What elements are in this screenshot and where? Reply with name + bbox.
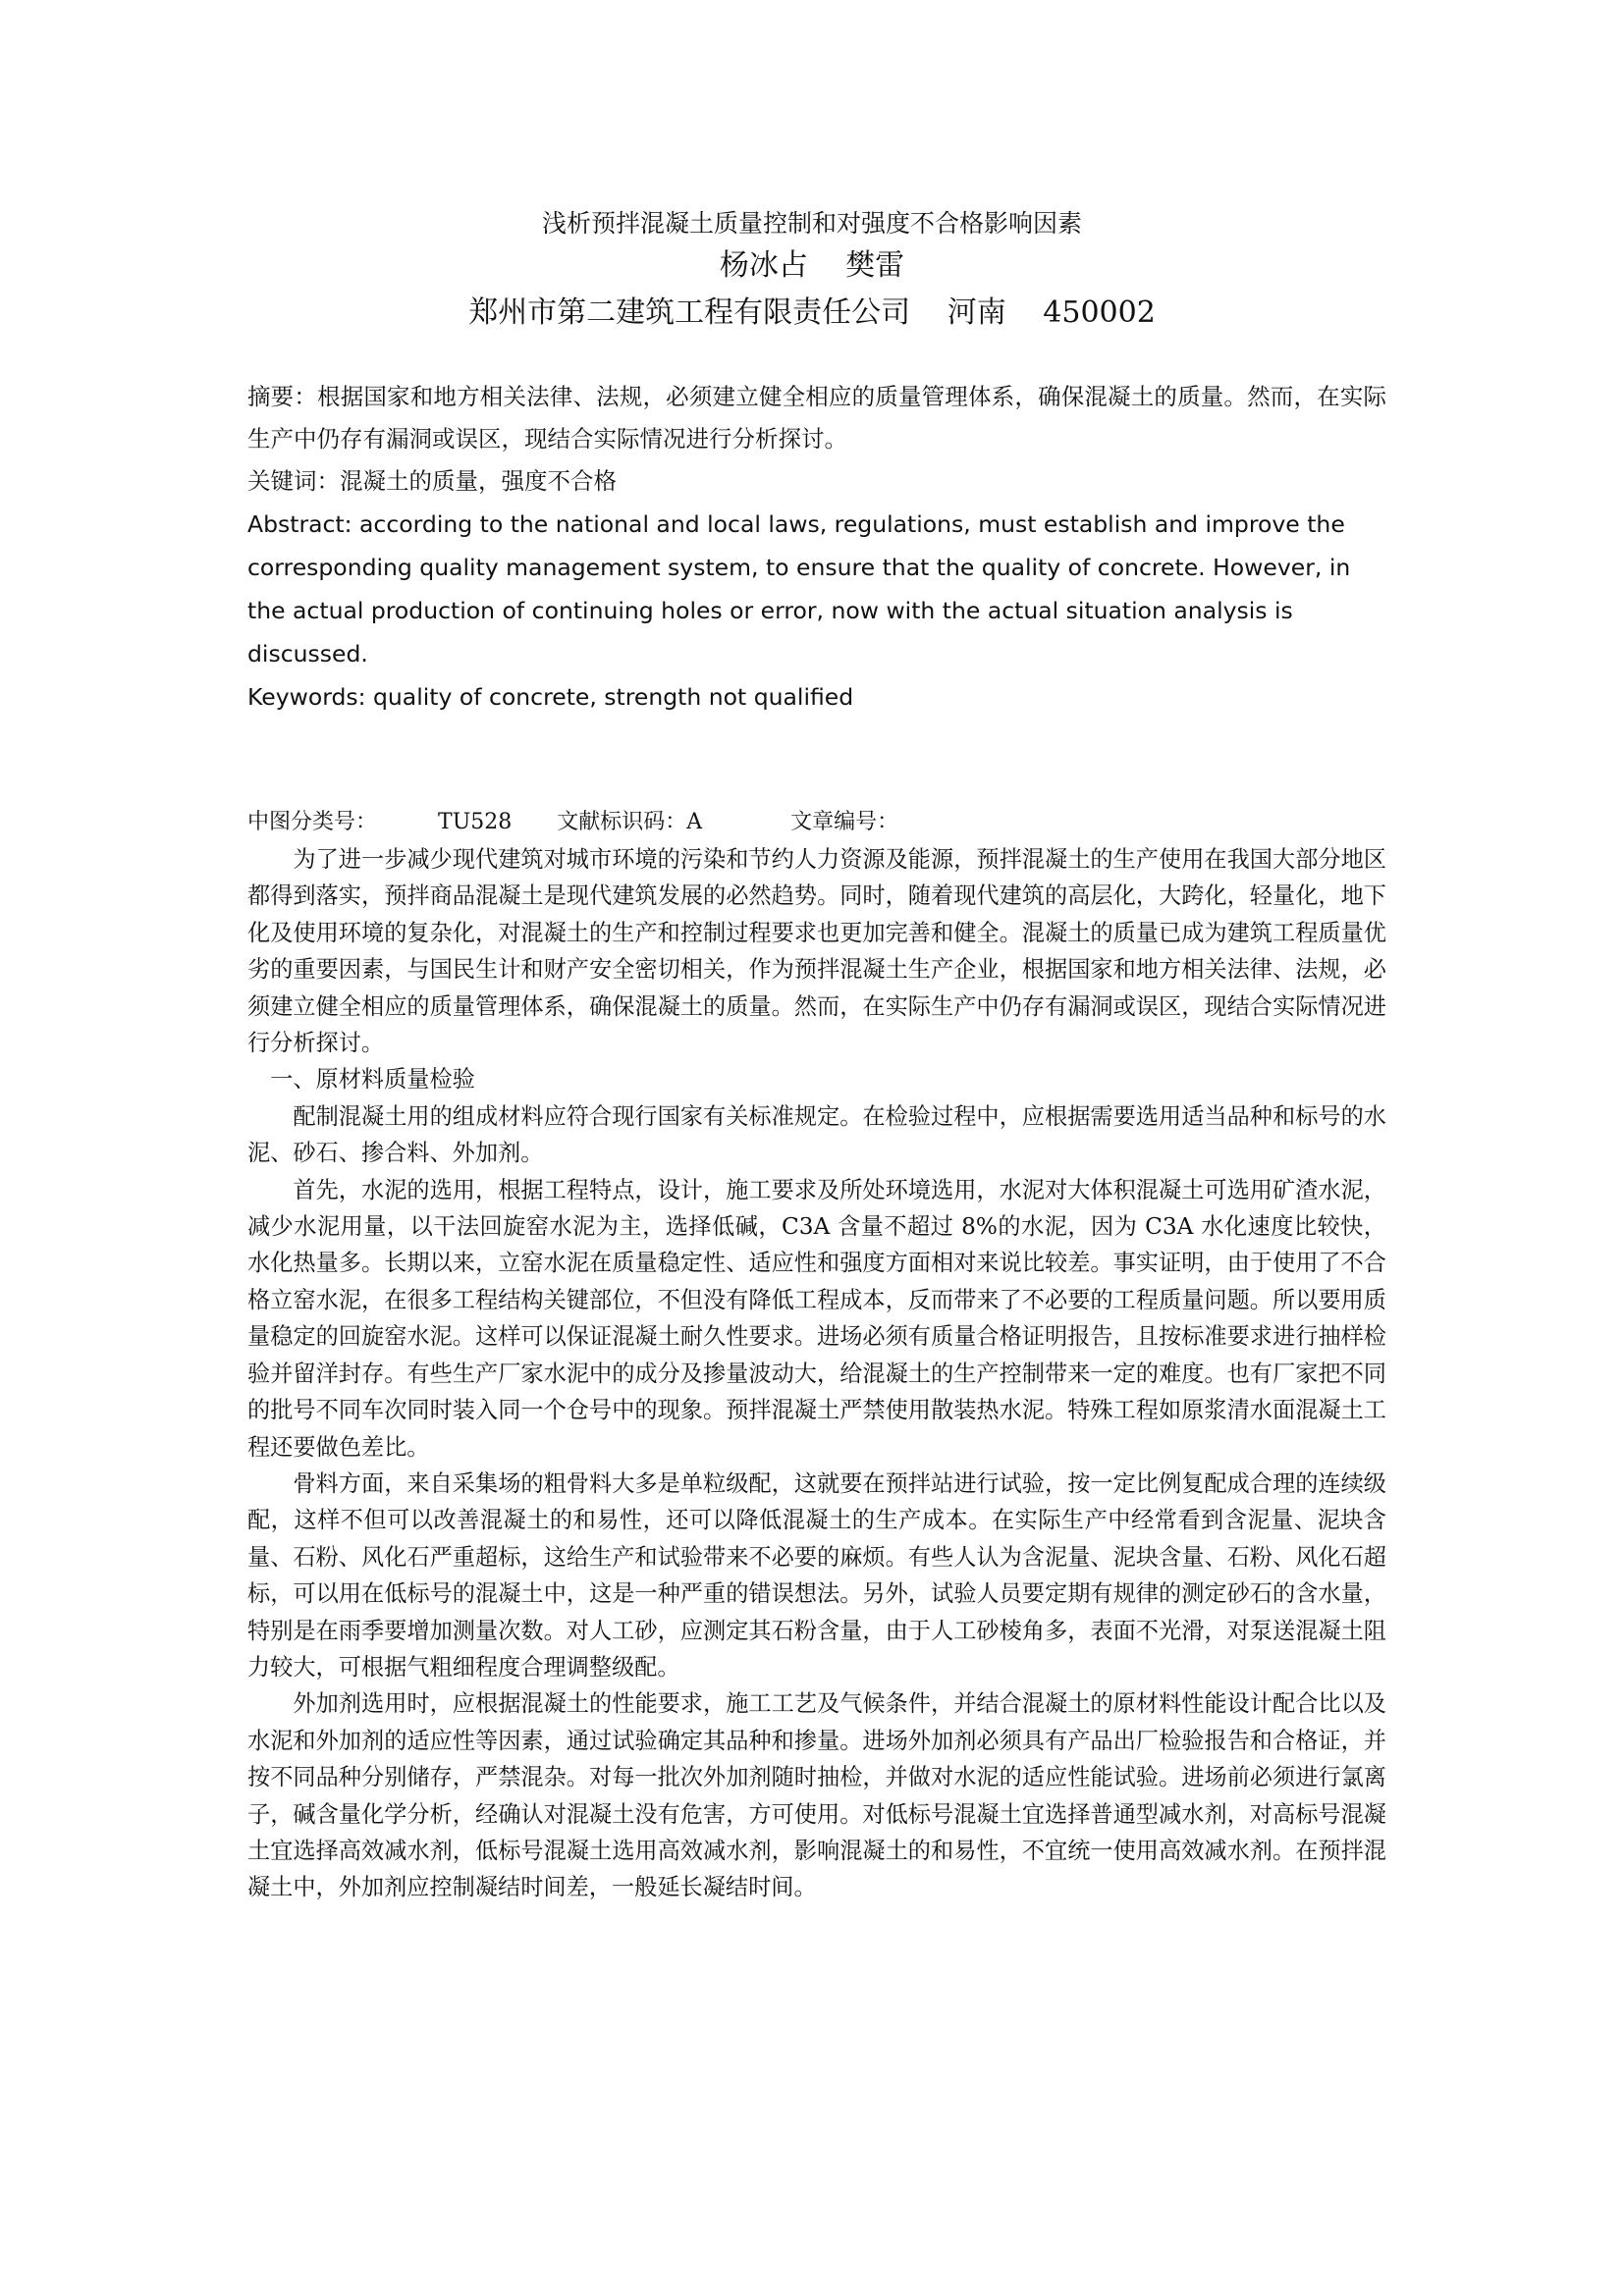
doc-code-label: 文献标识码： bbox=[557, 810, 686, 834]
chinese-abstract: 摘要：根据国家和地方相关法律、法规，必须建立健全相应的质量管理体系，确保混凝土的… bbox=[247, 376, 1386, 503]
body-paragraph: 外加剂选用时，应根据混凝土的性能要求，施工工艺及气候条件，并结合混凝土的原材料性… bbox=[247, 1685, 1386, 1905]
body-text: 为了进一步减少现代建筑对城市环境的污染和节约人力资源及能源，预拌混凝土的生产使用… bbox=[247, 841, 1386, 1906]
keywords-en: Keywords: quality of concrete, strength … bbox=[247, 675, 1386, 719]
document-page: 浅析预拌混凝土质量控制和对强度不合格影响因素 杨冰占 樊雷 郑州市第二建筑工程有… bbox=[0, 0, 1624, 2296]
doc-code-value: A bbox=[686, 810, 702, 834]
paper-title: 浅析预拌混凝土质量控制和对强度不合格影响因素 bbox=[0, 204, 1624, 240]
affiliation-postcode: 450002 bbox=[1043, 295, 1156, 330]
keywords-cn: 关键词：混凝土的质量，强度不合格 bbox=[247, 460, 1386, 503]
classification-meta: 中图分类号：TU528文献标识码：A文章编号： bbox=[247, 805, 944, 835]
body-paragraph: 为了进一步减少现代建筑对城市环境的污染和节约人力资源及能源，预拌混凝土的生产使用… bbox=[247, 841, 1386, 1061]
body-paragraph: 骨料方面，来自采集场的粗骨料大多是单粒级配，这就要在预拌站进行试验，按一定比例复… bbox=[247, 1466, 1386, 1685]
abstract-en-text: Abstract: according to the national and … bbox=[247, 503, 1386, 675]
clc-value: TU528 bbox=[438, 810, 512, 834]
article-no-label: 文章编号： bbox=[790, 810, 898, 834]
english-abstract: Abstract: according to the national and … bbox=[247, 503, 1386, 719]
abstract-cn-text: 摘要：根据国家和地方相关法律、法规，必须建立健全相应的质量管理体系，确保混凝土的… bbox=[247, 376, 1386, 460]
body-paragraph: 配制混凝土用的组成材料应符合现行国家有关标准规定。在检验过程中，应根据需要选用适… bbox=[247, 1098, 1386, 1172]
author-name: 杨冰占 bbox=[720, 248, 808, 283]
affiliation-company: 郑州市第二建筑工程有限责任公司 bbox=[468, 295, 910, 330]
body-paragraph: 首先，水泥的选用，根据工程特点，设计，施工要求及所处环境选用，水泥对大体积混凝土… bbox=[247, 1172, 1386, 1466]
author-name: 樊雷 bbox=[845, 248, 904, 283]
section-heading: 一、原材料质量检验 bbox=[247, 1061, 1386, 1097]
clc-label: 中图分类号： bbox=[247, 810, 377, 834]
affiliation: 郑州市第二建筑工程有限责任公司 河南 450002 bbox=[0, 288, 1624, 331]
affiliation-province: 河南 bbox=[947, 295, 1006, 330]
authors: 杨冰占 樊雷 bbox=[0, 240, 1624, 284]
